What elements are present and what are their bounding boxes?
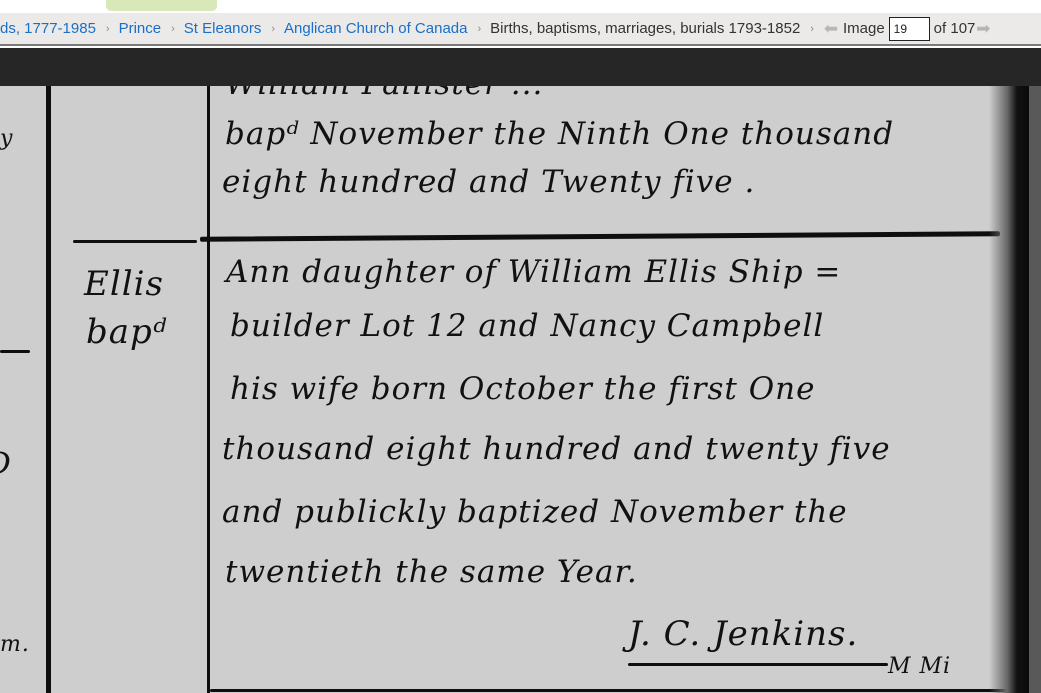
image-label: Image [843,20,885,37]
signature-underline [628,663,888,666]
viewer-gutter [1029,86,1041,693]
column-rule [207,86,210,693]
entry-line: and publickly baptized November the [222,494,848,530]
arrow-right-icon[interactable]: ➡ [975,19,991,39]
prev-entry-line: eight hundred and Twenty five . [222,164,755,200]
breadcrumb-separator: › [271,23,275,35]
prev-entry-line: bapᵈ November the Ninth One thousand [225,116,894,152]
breadcrumb-separator: › [477,23,481,35]
arrow-left-icon[interactable]: ⬅ [823,19,839,39]
page-binding-shadow [989,86,1029,693]
entry-line: builder Lot 12 and Nancy Campbell [230,308,824,344]
breadcrumb-separator: › [810,23,814,35]
entry-signature: J. C. Jenkins. [628,614,858,654]
active-tab-indicator[interactable] [106,0,217,11]
entry-line: thousand eight hundred and twenty five [222,431,891,467]
breadcrumb-anglican-church[interactable]: Anglican Church of Canada [284,20,467,37]
entry-note: bapᵈ [86,312,167,352]
prev-entry-line: William Pallister ... [225,86,543,102]
margin-mark [0,350,30,353]
column-rule [46,86,51,693]
top-strip [0,0,1041,13]
margin-fragment: y [0,126,13,151]
bottom-rule [210,689,1010,692]
breadcrumb-collection[interactable]: ds, 1777-1985 [0,20,96,37]
breadcrumb-current-record-set: Births, baptisms, marriages, burials 179… [490,20,800,37]
entry-divider [200,231,1000,242]
entry-divider [73,240,197,243]
entry-footer-fragment: M Mi [888,654,951,679]
breadcrumb-separator: › [106,23,110,35]
breadcrumb-separator: › [171,23,175,35]
entry-line: his wife born October the first One [230,371,815,407]
breadcrumb-prince[interactable]: Prince [119,20,162,37]
breadcrumb: ds, 1777-1985 › Prince › St Eleanors › A… [0,13,1041,46]
entry-line: Ann daughter of William Ellis Ship = [226,254,841,290]
entry-line: twentieth the same Year. [225,554,638,590]
margin-fragment: m. [0,632,30,657]
margin-fragment: D [0,446,12,482]
document-image-viewer[interactable]: y D m. William Pallister ... bapᵈ Novemb… [0,86,1041,693]
entry-surname: Ellis [84,264,164,304]
image-number-input[interactable] [889,17,930,41]
viewer-toolbar [0,48,1041,86]
breadcrumb-st-eleanors[interactable]: St Eleanors [184,20,262,37]
image-total: of 107 [934,20,976,37]
